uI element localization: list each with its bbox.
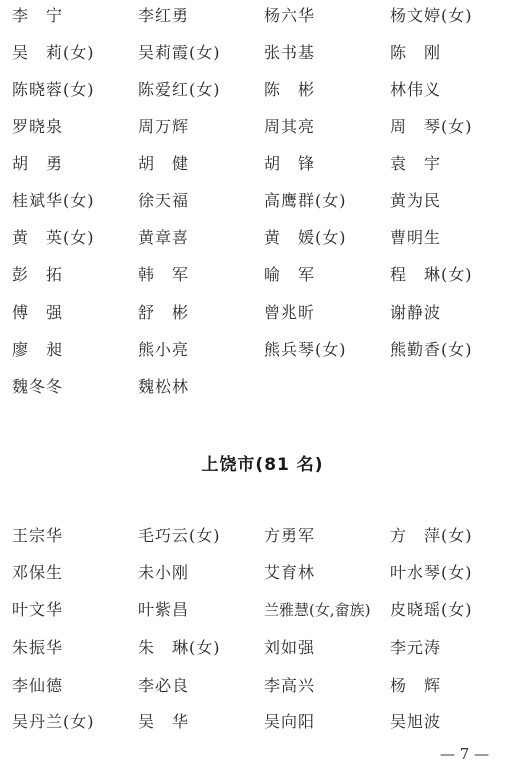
name-entry: 方 萍(女)	[390, 524, 473, 548]
name-entry: 吴旭波	[390, 710, 441, 734]
name-entry: 李 宁	[12, 4, 63, 28]
name-entry: 黄为民	[390, 189, 441, 213]
name-entry: 周 琴(女)	[390, 115, 473, 139]
section-heading-shangrao: 上饶市(81 名)	[0, 450, 525, 475]
name-row: 陈晓蓉(女) 陈爱红(女) 陈 彬 林伟义	[0, 78, 525, 102]
name-entry: 未小刚	[138, 561, 189, 585]
name-entry: 杨六华	[264, 4, 315, 28]
name-row: 桂斌华(女) 徐天福 高鹰群(女) 黄为民	[0, 189, 525, 213]
name-entry: 吴丹兰(女)	[12, 710, 95, 734]
name-entry: 兰雅慧(女,畲族)	[264, 598, 370, 622]
name-entry: 周其亮	[264, 115, 315, 139]
name-entry: 方勇军	[264, 524, 315, 548]
name-entry: 黄 英(女)	[12, 226, 95, 250]
name-row: 吴丹兰(女) 吴 华 吴向阳 吴旭波	[0, 710, 525, 734]
name-row: 罗晓泉 周万辉 周其亮 周 琴(女)	[0, 115, 525, 139]
name-row: 王宗华 毛巧云(女) 方勇军 方 萍(女)	[0, 524, 525, 548]
name-entry: 吴 莉(女)	[12, 41, 95, 65]
name-entry: 熊兵琴(女)	[264, 338, 347, 362]
name-entry: 熊勤香(女)	[390, 338, 473, 362]
name-entry: 桂斌华(女)	[12, 189, 95, 213]
name-row: 傅 强 舒 彬 曾兆昕 谢静波	[0, 301, 525, 325]
name-row: 胡 勇 胡 健 胡 锋 袁 宇	[0, 152, 525, 176]
name-entry: 舒 彬	[138, 301, 189, 325]
name-entry: 吴 华	[138, 710, 189, 734]
name-entry: 叶紫昌	[138, 598, 189, 622]
name-entry: 黄 媛(女)	[264, 226, 347, 250]
name-entry: 魏冬冬	[12, 375, 63, 399]
page-number: — 7 —	[440, 745, 489, 763]
name-entry: 李元涛	[390, 636, 441, 660]
name-row: 吴 莉(女) 吴莉霞(女) 张书基 陈 刚	[0, 41, 525, 65]
name-entry: 曹明生	[390, 226, 441, 250]
name-entry: 叶水琴(女)	[390, 561, 473, 585]
name-entry: 陈 刚	[390, 41, 441, 65]
name-entry: 魏松林	[138, 375, 189, 399]
name-entry: 胡 勇	[12, 152, 63, 176]
name-entry: 谢静波	[390, 301, 441, 325]
name-entry: 李仙德	[12, 674, 63, 698]
name-entry: 李红勇	[138, 4, 189, 28]
name-entry: 朱振华	[12, 636, 63, 660]
name-entry: 李高兴	[264, 674, 315, 698]
name-entry: 罗晓泉	[12, 115, 63, 139]
name-entry: 林伟义	[390, 78, 441, 102]
name-entry: 吴向阳	[264, 710, 315, 734]
name-entry: 韩 军	[138, 263, 189, 287]
name-row: 邓保生 未小刚 艾育林 叶水琴(女)	[0, 561, 525, 585]
name-entry: 邓保生	[12, 561, 63, 585]
name-entry: 李必良	[138, 674, 189, 698]
name-entry: 张书基	[264, 41, 315, 65]
name-entry: 程 琳(女)	[390, 263, 473, 287]
name-row: 李 宁 李红勇 杨六华 杨文婷(女)	[0, 4, 525, 28]
name-entry: 陈爱红(女)	[138, 78, 221, 102]
name-entry: 胡 锋	[264, 152, 315, 176]
name-row: 廖 昶 熊小亮 熊兵琴(女) 熊勤香(女)	[0, 338, 525, 362]
name-entry: 艾育林	[264, 561, 315, 585]
name-entry: 曾兆昕	[264, 301, 315, 325]
name-row: 黄 英(女) 黄章喜 黄 媛(女) 曹明生	[0, 226, 525, 250]
name-entry: 徐天福	[138, 189, 189, 213]
name-entry: 袁 宇	[390, 152, 441, 176]
name-entry: 彭 拓	[12, 263, 63, 287]
name-entry: 黄章喜	[138, 226, 189, 250]
name-row: 魏冬冬 魏松林	[0, 375, 525, 399]
name-entry: 杨文婷(女)	[390, 4, 473, 28]
name-entry: 廖 昶	[12, 338, 63, 362]
name-entry: 叶文华	[12, 598, 63, 622]
name-entry: 王宗华	[12, 524, 63, 548]
name-entry: 吴莉霞(女)	[138, 41, 221, 65]
name-entry: 周万辉	[138, 115, 189, 139]
name-entry: 喻 军	[264, 263, 315, 287]
name-row: 叶文华 叶紫昌 兰雅慧(女,畲族) 皮晓瑶(女)	[0, 598, 525, 622]
name-entry: 杨 辉	[390, 674, 441, 698]
name-row: 朱振华 朱 琳(女) 刘如强 李元涛	[0, 636, 525, 660]
name-entry: 胡 健	[138, 152, 189, 176]
name-entry: 陈 彬	[264, 78, 315, 102]
name-entry: 傅 强	[12, 301, 63, 325]
name-entry: 陈晓蓉(女)	[12, 78, 95, 102]
name-row: 李仙德 李必良 李高兴 杨 辉	[0, 674, 525, 698]
name-entry: 毛巧云(女)	[138, 524, 221, 548]
name-row: 彭 拓 韩 军 喻 军 程 琳(女)	[0, 263, 525, 287]
name-entry: 皮晓瑶(女)	[390, 598, 473, 622]
name-entry: 高鹰群(女)	[264, 189, 347, 213]
name-entry: 刘如强	[264, 636, 315, 660]
name-entry: 朱 琳(女)	[138, 636, 221, 660]
name-entry: 熊小亮	[138, 338, 189, 362]
